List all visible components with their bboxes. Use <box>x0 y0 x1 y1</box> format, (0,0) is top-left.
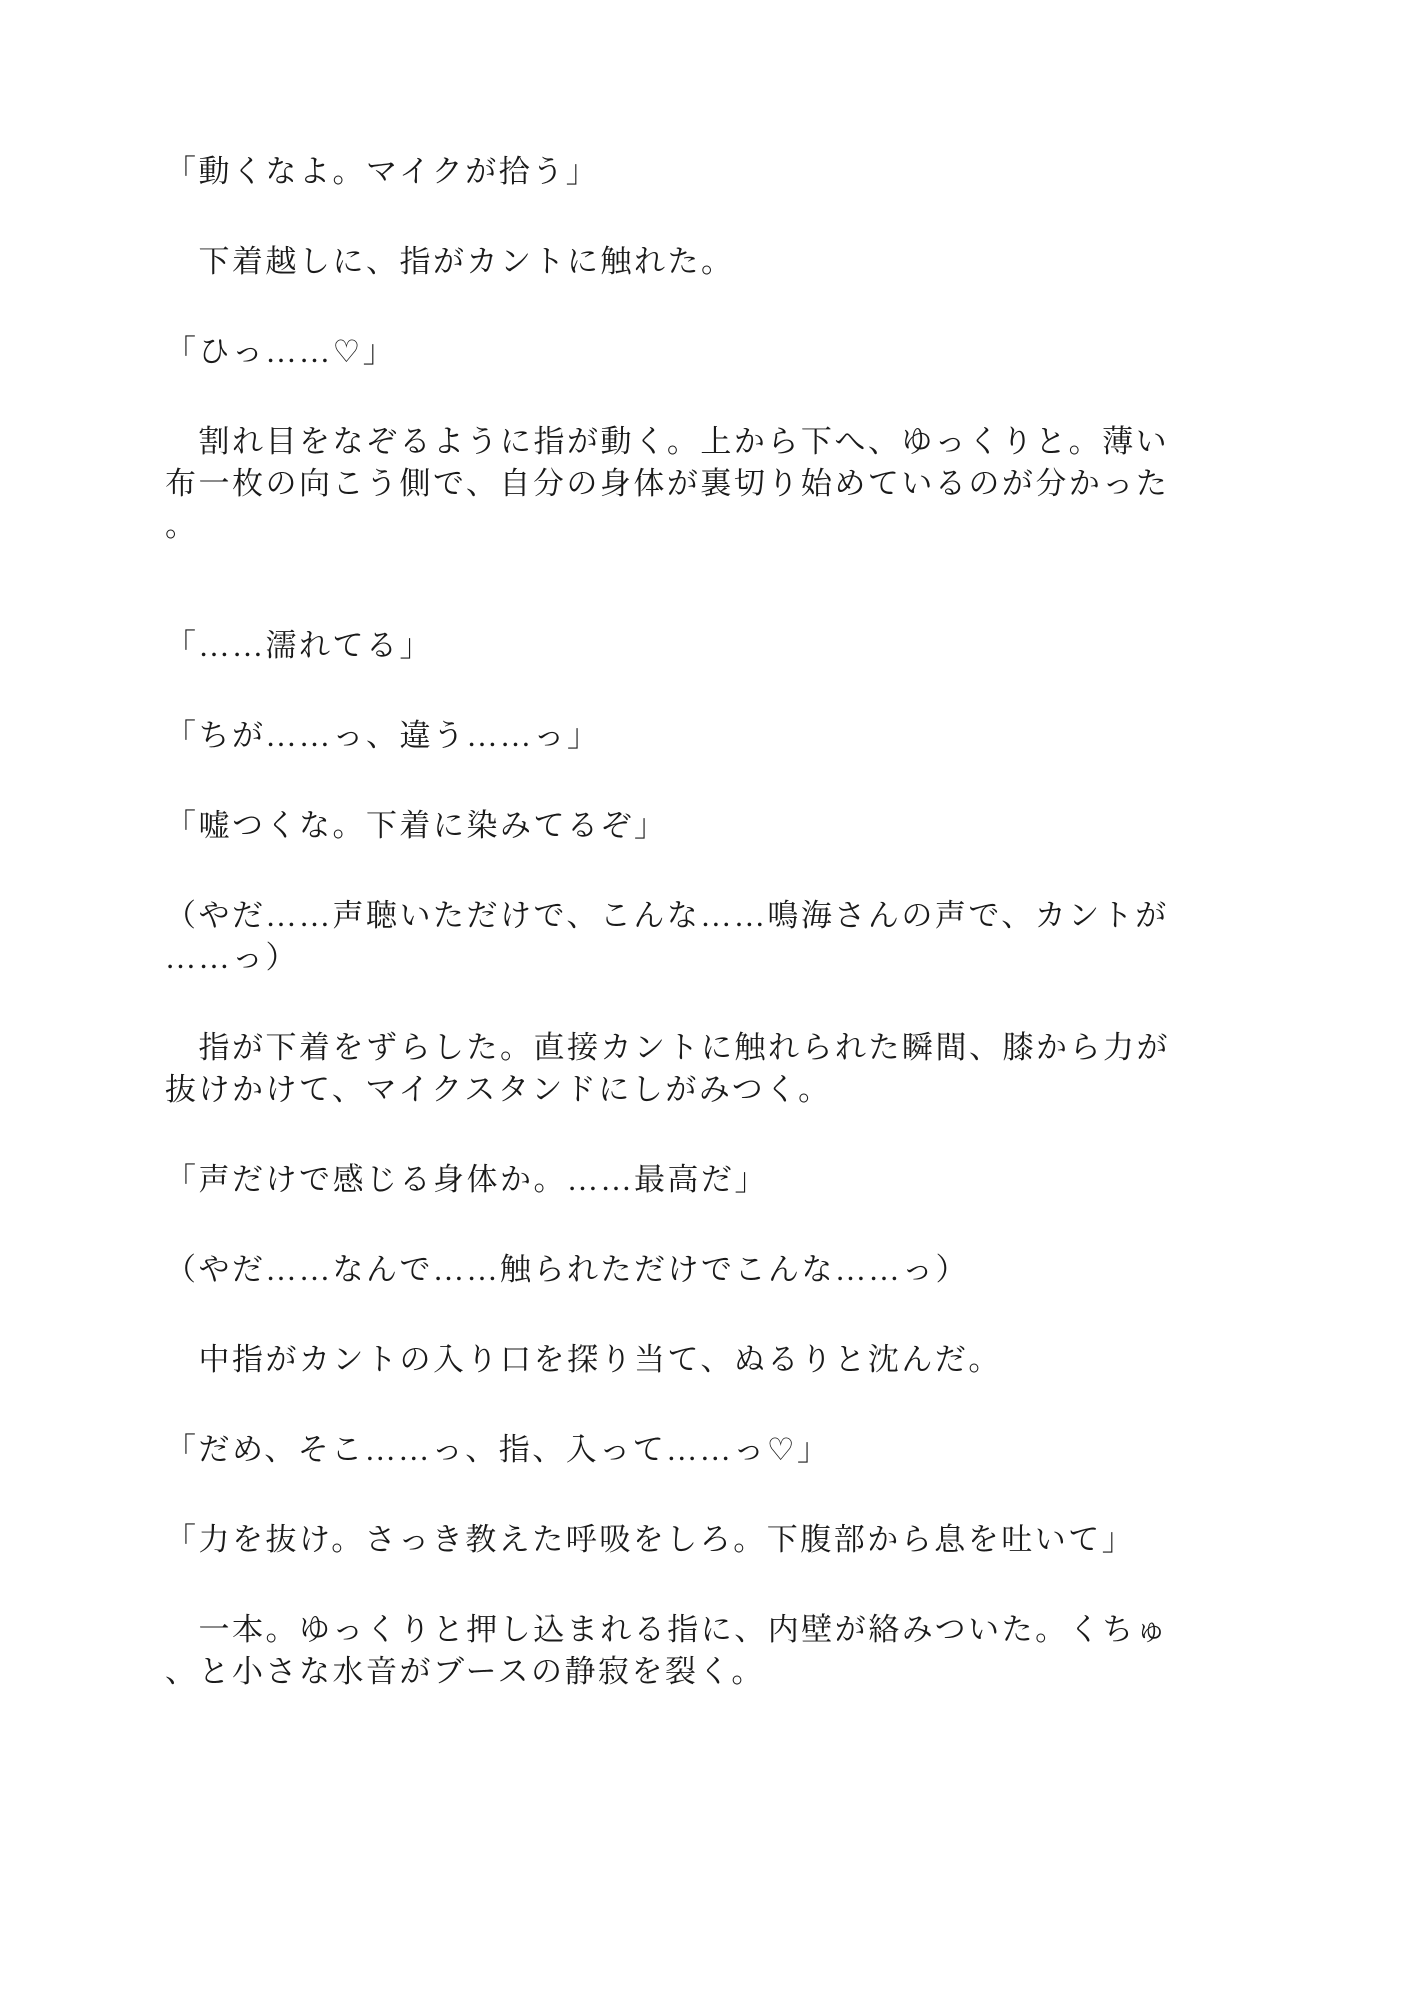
document-page: 「動くなよ。マイクが拾う」 下着越しに、指がカントに触れた。 「ひっ……♡」 割… <box>0 0 1415 2000</box>
paragraph-narration-15: 一本。ゆっくりと押し込まれる指に、内壁が絡みついた。くちゅ 、と小さな水音がブー… <box>165 1609 1190 1693</box>
paragraph-dialogue-5: 「……濡れてる」 <box>165 625 1190 667</box>
paragraph-narration-9: 指が下着をずらした。直接カントに触れられた瞬間、膝から力が 抜けかけて、マイクス… <box>165 1027 1190 1111</box>
paragraph-dialogue-13: 「だめ、そこ……っ、指、入って……っ♡」 <box>165 1429 1190 1471</box>
paragraph-narration-4: 割れ目をなぞるように指が動く。上から下へ、ゆっくりと。薄い 布一枚の向こう側で、… <box>165 421 1190 547</box>
paragraph-thought-8: （やだ……声聴いただけで、こんな……鳴海さんの声で、カントが ……っ） <box>165 895 1190 979</box>
paragraph-thought-11: （やだ……なんで……触られただけでこんな……っ） <box>165 1249 1190 1291</box>
paragraph-dialogue-10: 「声だけで感じる身体か。……最高だ」 <box>165 1159 1190 1201</box>
paragraph-dialogue-7: 「嘘つくな。下着に染みてるぞ」 <box>165 805 1190 847</box>
paragraph-dialogue-14: 「力を抜け。さっき教えた呼吸をしろ。下腹部から息を吐いて」 <box>165 1519 1190 1561</box>
story-text-block: 「動くなよ。マイクが拾う」 下着越しに、指がカントに触れた。 「ひっ……♡」 割… <box>165 151 1190 1693</box>
paragraph-dialogue-1: 「動くなよ。マイクが拾う」 <box>165 151 1190 193</box>
paragraph-dialogue-3: 「ひっ……♡」 <box>165 331 1190 373</box>
paragraph-narration-2: 下着越しに、指がカントに触れた。 <box>165 241 1190 283</box>
paragraph-dialogue-6: 「ちが……っ、違う……っ」 <box>165 715 1190 757</box>
paragraph-narration-12: 中指がカントの入り口を探り当て、ぬるりと沈んだ。 <box>165 1339 1190 1381</box>
